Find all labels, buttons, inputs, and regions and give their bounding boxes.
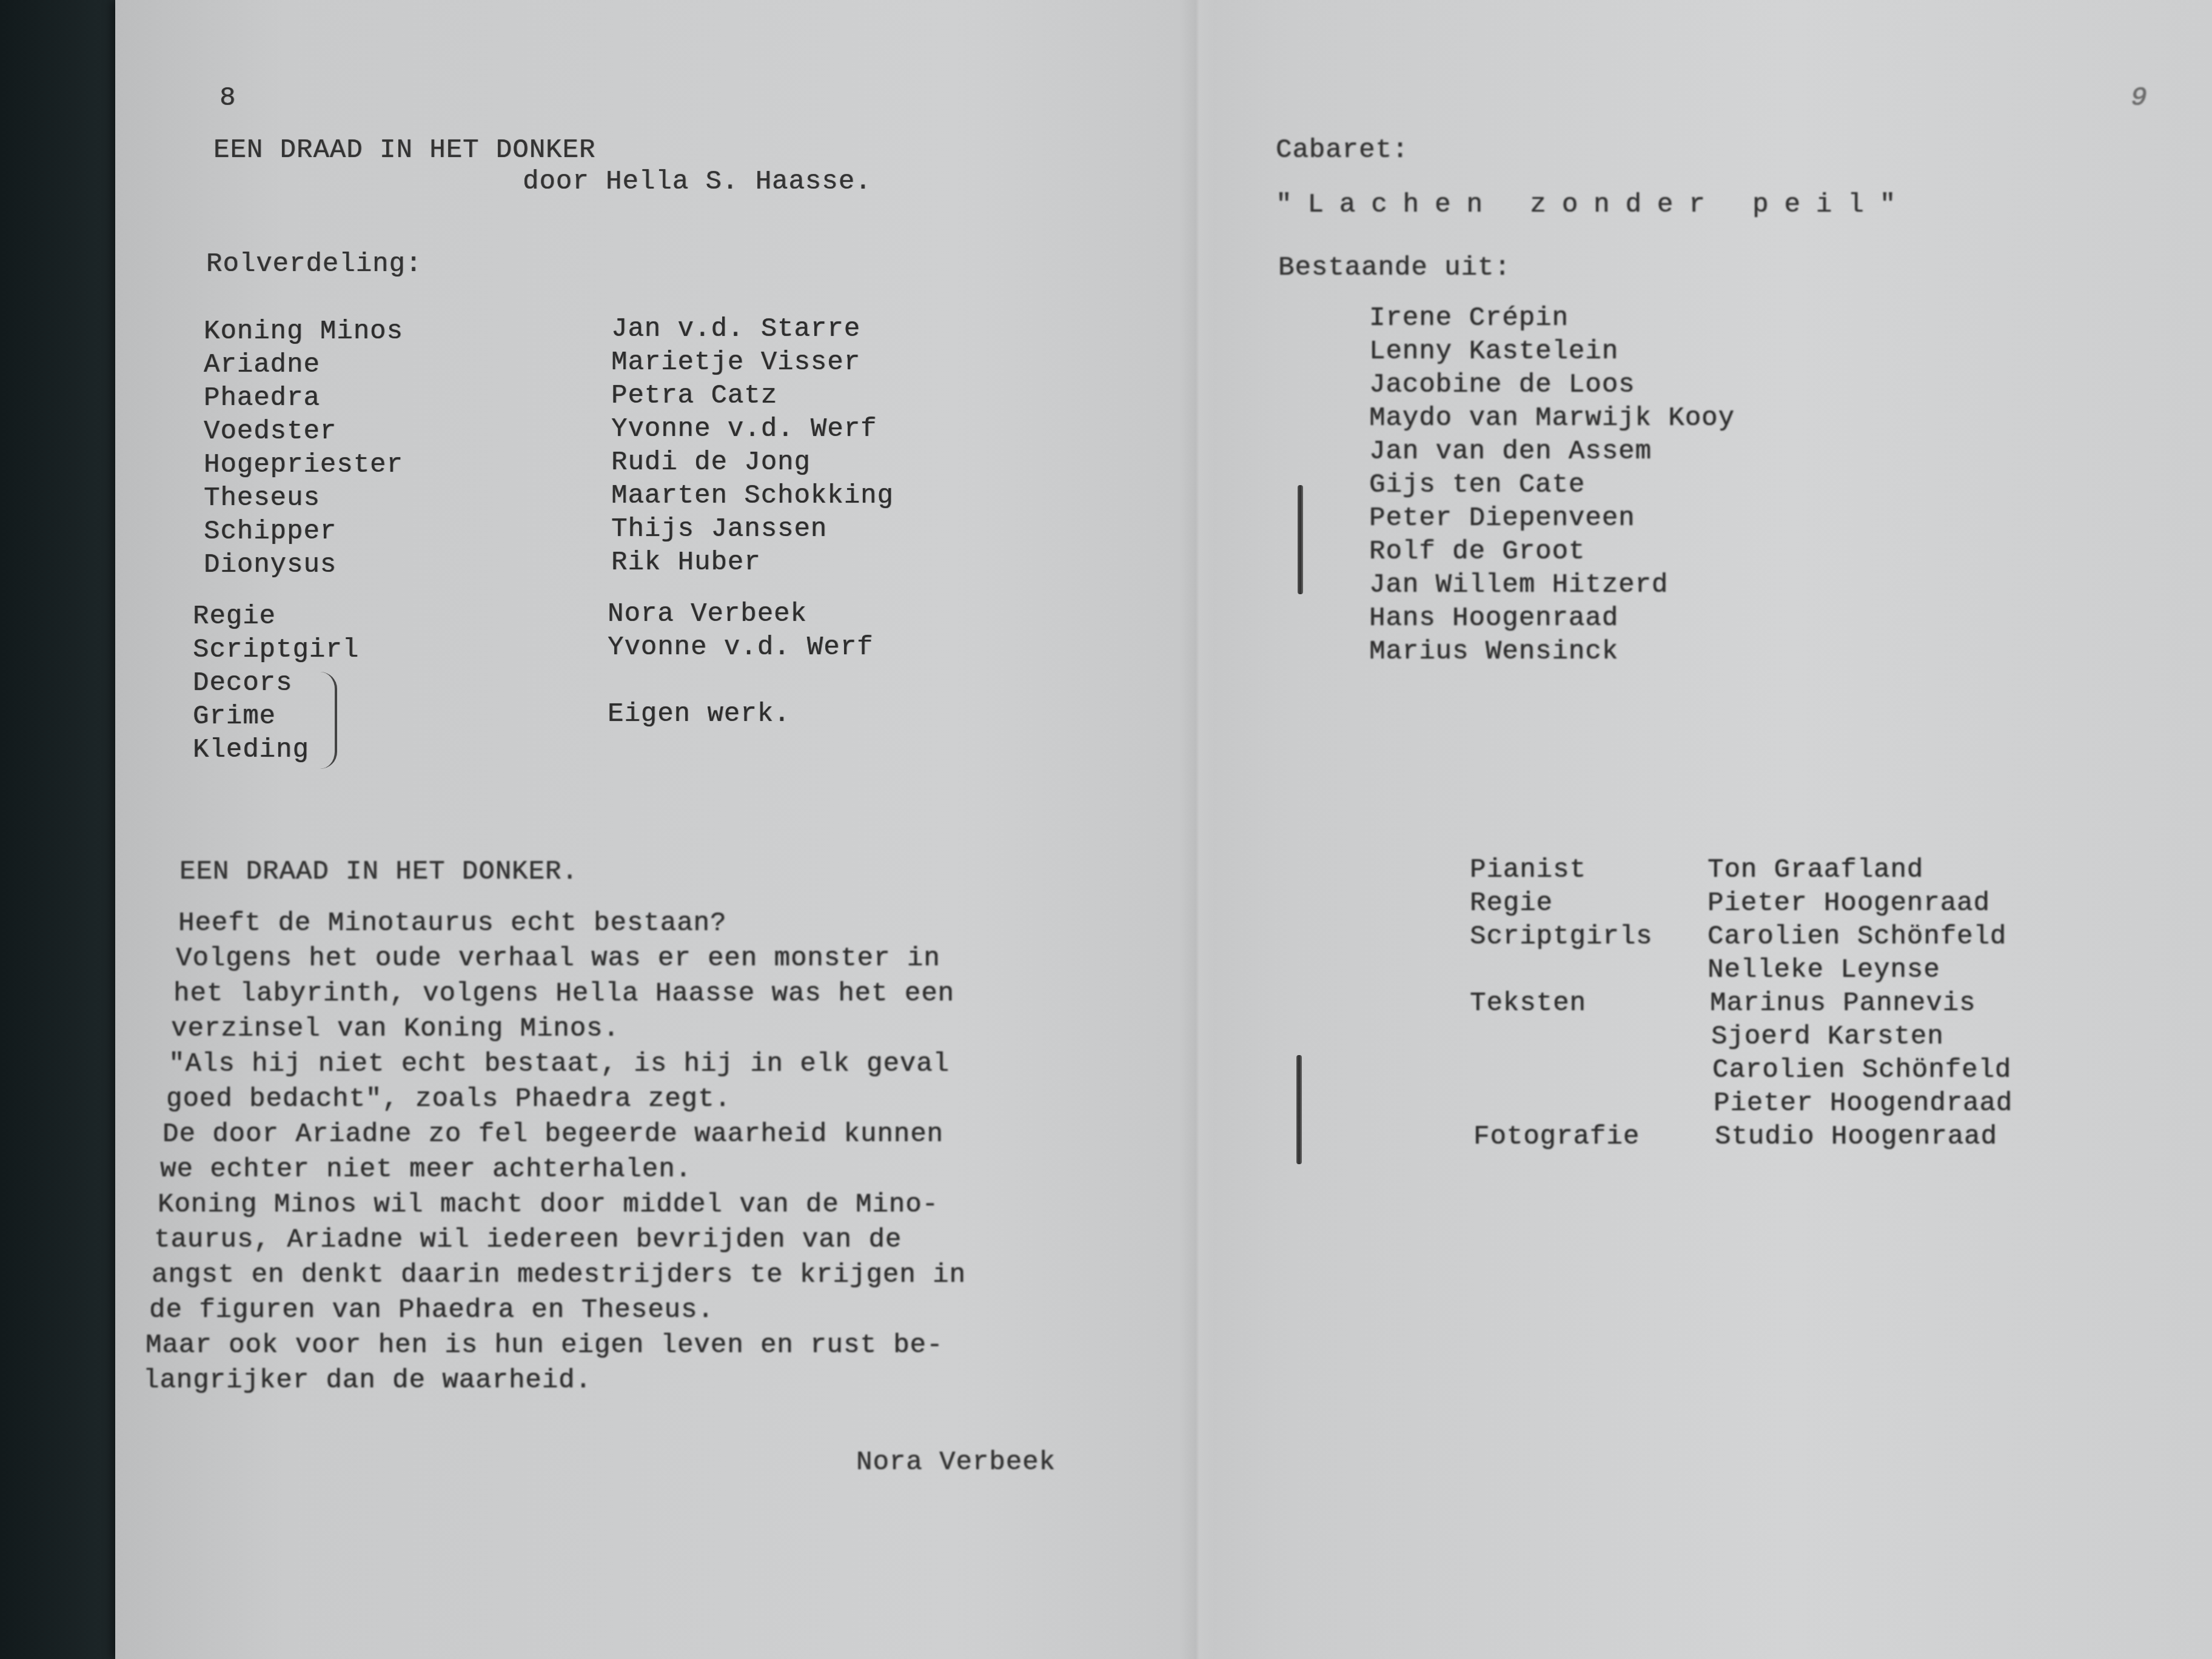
crew-role: Scriptgirl (193, 634, 359, 667)
essay-line: taurus, Ariadne wil iedereen bevrijden v… (154, 1222, 966, 1258)
credit-role (1470, 1054, 1652, 1087)
cast-name: Rudi de Jong (611, 446, 894, 480)
cast-name: Petra Catz (611, 380, 894, 413)
cast-roles: Koning Minos Ariadne Phaedra Voedster Ho… (204, 315, 403, 582)
cast-name: Thijs Janssen (611, 513, 894, 546)
essay-line: "Als hij niet echt bestaat, is hij in el… (169, 1047, 966, 1082)
member-name: Jacobine de Loos (1369, 369, 1735, 402)
essay-line: het labyrinth, volgens Hella Haasse was … (173, 976, 966, 1011)
cast-name: Yvonne v.d. Werf (611, 413, 894, 446)
member-name: Rolf de Groot (1369, 535, 1735, 569)
credit-name: Sjoerd Karsten (1711, 1021, 2013, 1054)
member-name: Hans Hoogenraad (1369, 602, 1735, 635)
member-name: Jan Willem Hitzerd (1369, 569, 1735, 602)
credit-name: Marinus Pannevis (1710, 987, 2013, 1021)
cast-name: Jan v.d. Starre (611, 313, 894, 346)
credit-role: Teksten (1470, 987, 1652, 1021)
cast-role: Dionysus (204, 549, 403, 582)
play-title: EEN DRAAD IN HET DONKER (213, 137, 595, 164)
staple-top (1298, 485, 1303, 594)
credit-role (1470, 1087, 1652, 1121)
member-name: Maydo van Marwijk Kooy (1369, 402, 1735, 435)
cast-heading: Rolverdeling: (206, 251, 422, 278)
credit-role (1470, 954, 1652, 987)
cast-names: Jan v.d. Starre Marietje Visser Petra Ca… (611, 313, 894, 580)
cast-role: Hogepriester (204, 449, 403, 482)
essay-line: Maar ook voor hen is hun eigen leven en … (146, 1328, 966, 1363)
cast-role: Voedster (204, 415, 403, 449)
credit-name: Studio Hoogenraad (1715, 1121, 2013, 1154)
essay-line: de figuren van Phaedra en Theseus. (149, 1293, 966, 1328)
essay-line: Volgens het oude verhaal was er een mons… (176, 941, 966, 976)
essay-line: langrijker dan de waarheid. (143, 1363, 966, 1398)
essay-line: Heeft de Minotaurus echt bestaan? (178, 906, 966, 941)
essay-title: EEN DRAAD IN HET DONKER. (179, 859, 578, 885)
credit-name: Ton Graafland (1708, 854, 2013, 887)
crew-name: Yvonne v.d. Werf (608, 631, 873, 665)
page-number-right: 9 (2131, 85, 2147, 112)
credit-name: Nelleke Leynse (1708, 954, 2013, 987)
member-name: Jan van den Assem (1369, 435, 1735, 469)
essay-line: Koning Minos wil macht door middel van d… (158, 1187, 966, 1222)
cabaret-heading: Cabaret: (1276, 137, 1409, 164)
essay-line: we echter niet meer achterhalen. (160, 1152, 966, 1187)
credit-role: Fotografie (1473, 1121, 1652, 1154)
staple-bottom (1296, 1055, 1302, 1164)
credit-name: Pieter Hoogenraad (1708, 887, 2013, 920)
credit-name: Carolien Schönfeld (1708, 920, 2013, 954)
crew-names: Nora Verbeek Yvonne v.d. Werf Eigen werk… (608, 598, 873, 731)
member-name: Irene Crépin (1369, 302, 1735, 335)
member-name: Marius Wensinck (1369, 635, 1735, 669)
play-author: door Hella S. Haasse. (523, 169, 872, 195)
page-number-left: 8 (220, 85, 236, 112)
cast-role: Phaedra (204, 382, 403, 415)
cast-name: Rik Huber (611, 546, 894, 580)
essay-body: Heeft de Minotaurus echt bestaan? Volgen… (176, 906, 966, 1398)
crew-name: Nora Verbeek (608, 598, 873, 631)
credits-names: Ton Graafland Pieter Hoogenraad Carolien… (1708, 854, 2013, 1154)
member-name: Gijs ten Cate (1369, 469, 1735, 502)
credit-role (1470, 1021, 1652, 1054)
member-name: Peter Diepenveen (1369, 502, 1735, 535)
cabaret-title: "Lachen zonder peil" (1276, 192, 1911, 218)
grouping-brace (320, 672, 337, 769)
credit-role: Pianist (1470, 854, 1652, 887)
member-name: Lenny Kastelein (1369, 335, 1735, 369)
cast-name: Marietje Visser (611, 346, 894, 380)
cast-role: Koning Minos (204, 315, 403, 349)
booklet-spread (115, 0, 2212, 1659)
cast-role: Theseus (204, 482, 403, 515)
essay-line: goed bedacht", zoals Phaedra zegt. (166, 1082, 966, 1117)
essay-line: De door Ariadne zo fel begeerde waarheid… (163, 1117, 966, 1152)
members-list: Irene Crépin Lenny Kastelein Jacobine de… (1369, 302, 1735, 669)
center-fold (1179, 0, 1216, 1659)
credit-role: Regie (1470, 887, 1652, 920)
credit-role: Scriptgirls (1470, 920, 1652, 954)
essay-signature: Nora Verbeek (856, 1449, 1056, 1476)
essay-line: verzinsel van Koning Minos. (171, 1011, 966, 1047)
credits-roles: Pianist Regie Scriptgirls Teksten Fotogr… (1470, 854, 1652, 1154)
members-heading: Bestaande uit: (1278, 255, 1511, 281)
credit-name: Carolien Schönfeld (1712, 1054, 2013, 1087)
cast-role: Schipper (204, 515, 403, 549)
grouped-value: Eigen werk. (608, 698, 873, 731)
essay-line: angst en denkt daarin medestrijders te k… (152, 1258, 966, 1293)
crew-role: Regie (193, 600, 359, 634)
cast-name: Maarten Schokking (611, 480, 894, 513)
cast-role: Ariadne (204, 349, 403, 382)
credit-name: Pieter Hoogendraad (1714, 1087, 2013, 1121)
